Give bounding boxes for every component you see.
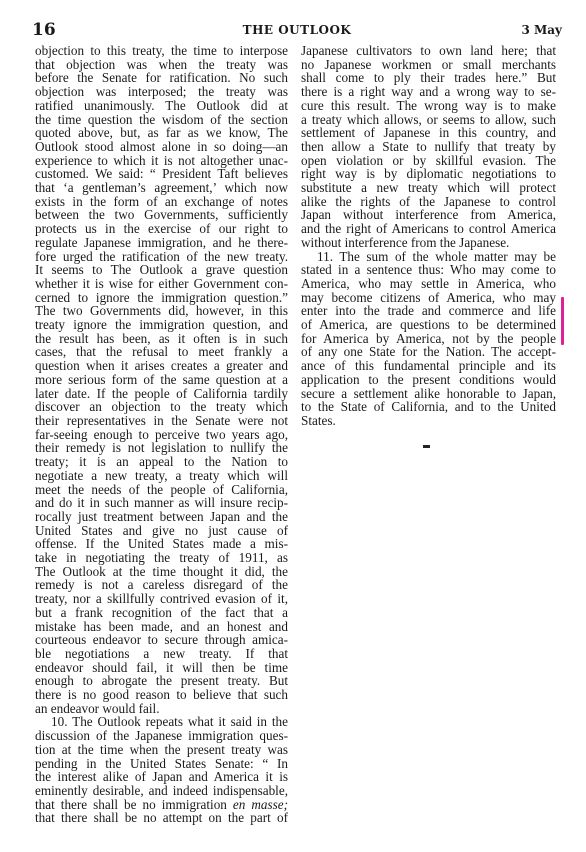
document-page: 16 THE OUTLOOK 3 May objection to this t… — [0, 0, 586, 852]
text-line: objection to this treaty, the time to in… — [35, 44, 288, 58]
text-line: settlement of Japanese in this country, … — [301, 126, 556, 140]
text-line: cerned to ignore the immigration questio… — [35, 291, 288, 305]
text-line: America, who may settle in America, who — [301, 277, 556, 291]
text-line: and the right of Americans to control Am… — [301, 222, 556, 236]
text-line: the result has been, as it often is in s… — [35, 332, 288, 346]
right-column: Japanese cultivators to own land here; t… — [301, 44, 556, 428]
margin-highlight-mark — [561, 297, 564, 345]
text-line: there is a right way and a wrong way to … — [301, 85, 556, 99]
text-line: enter into the trade and commerce and li… — [301, 304, 556, 318]
text-line: United States and give no just cause of — [35, 524, 288, 538]
text-line: that there shall be no attempt on the pa… — [35, 811, 288, 825]
text-line: discussion of the Japanese immigration q… — [35, 729, 288, 743]
text-line: for America by America, not by the peopl… — [301, 332, 556, 346]
text-line: regulate Japanese immigration, and he th… — [35, 236, 288, 250]
text-line: secure a settlement alike honorable to J… — [301, 387, 556, 401]
text-line: without interference from the Japanese. — [301, 236, 556, 250]
text-line: alike the rights of the Japanese to cont… — [301, 195, 556, 209]
text-line: the time question the wisdom of the sect… — [35, 113, 288, 127]
text-line: States. — [301, 414, 556, 428]
text-line: ble negotiations a new treaty. If that — [35, 647, 288, 661]
text-line: whether it is wise for either Government… — [35, 277, 288, 291]
text-line: The two Governments did, however, in thi… — [35, 304, 288, 318]
text-line: application to the present conditions wo… — [301, 373, 556, 387]
text-line: before the Senate for ratification. No s… — [35, 71, 288, 85]
text-line: mistake has been made, and an honest and — [35, 620, 288, 634]
text-line: that objection was when the treaty was — [35, 58, 288, 72]
text-line: rocally just treatment between Japan and… — [35, 510, 288, 524]
text-line: take in negotiating the treaty of 1911, … — [35, 551, 288, 565]
text-line: discover an objection to the treaty whic… — [35, 400, 288, 414]
text-line: tion at the time when the present treaty… — [35, 743, 288, 757]
text-line: meet the needs of the people of Californ… — [35, 483, 288, 497]
text-line: open violation or by skillful evasion. T… — [301, 154, 556, 168]
text-line: enough to abrogate the present treaty. B… — [35, 674, 288, 688]
text-line: cure this result. The wrong way is to ma… — [301, 99, 556, 113]
left-column: objection to this treaty, the time to in… — [35, 44, 288, 825]
text-line: protects us in the exercise of our right… — [35, 222, 288, 236]
text-line: question when it arises creates a greate… — [35, 359, 288, 373]
text-line: treaty ignore the immigration question, … — [35, 318, 288, 332]
text-line: quoted above, but, as far as we know, Th… — [35, 126, 288, 140]
text-line: 11. The sum of the whole matter may be — [301, 250, 556, 264]
section-end-dash — [423, 445, 430, 448]
text-line: no Japanese workmen or small merchants — [301, 58, 556, 72]
text-line: right way is by diplomatic negotiations … — [301, 167, 556, 181]
text-line: cases, that the refusal to meet frankly … — [35, 345, 288, 359]
text-line: objection was interposed; the treaty was — [35, 85, 288, 99]
text-line: of America, are questions to be determin… — [301, 318, 556, 332]
text-line: customed. We said: “ President Taft beli… — [35, 167, 288, 181]
text-line: courteous endeavor to secure through ami… — [35, 633, 288, 647]
text-line: 10. The Outlook repeats what it said in … — [35, 715, 288, 729]
text-line: offense. If the United States made a mis… — [35, 537, 288, 551]
publication-title: THE OUTLOOK — [32, 23, 562, 37]
text-line: fore urged the ratification of the new t… — [35, 250, 288, 264]
text-line: substitute a new treaty which will prote… — [301, 181, 556, 195]
text-line: experience to which it is not altogether… — [35, 154, 288, 168]
text-line: treaty, nor a skillfully contrived evasi… — [35, 592, 288, 606]
text-line: may become citizens of America, who may — [301, 291, 556, 305]
text-line: Japan without interference from America, — [301, 208, 556, 222]
text-line: between the two Governments, sufficientl… — [35, 208, 288, 222]
text-line: later date. If the people of California … — [35, 387, 288, 401]
text-line: exists in the form of an exchange of not… — [35, 195, 288, 209]
text-line: The Outlook at the time thought it did, … — [35, 565, 288, 579]
text-line: then allow a State to nullify that treat… — [301, 140, 556, 154]
text-line: there is no good reason to believe that … — [35, 688, 288, 702]
text-line: the interest alike of Japan and America … — [35, 770, 288, 784]
text-line: treaty; it is an appeal to the Nation to — [35, 455, 288, 469]
text-line: ratified unanimously. The Outlook did at — [35, 99, 288, 113]
text-line: eminently desirable, and indeed indispen… — [35, 784, 288, 798]
issue-date: 3 May — [521, 23, 562, 37]
text-line: a treaty which allows, or seems to allow… — [301, 113, 556, 127]
text-line: that there shall be no immigration en ma… — [35, 798, 288, 812]
page-header: 16 THE OUTLOOK 3 May — [32, 20, 562, 40]
text-line: of any one State for the Nation. The acc… — [301, 345, 556, 359]
text-line: more serious form of the same question a… — [35, 373, 288, 387]
text-line: but a frank recognition of the fact that… — [35, 606, 288, 620]
text-line: pending in the United States Senate: “ I… — [35, 757, 288, 771]
text-line: Japanese cultivators to own land here; t… — [301, 44, 556, 58]
text-line: shall come to ply their trades here.” Bu… — [301, 71, 556, 85]
text-line: far-seeing enough to perceive two years … — [35, 428, 288, 442]
text-line: ance of this fundamental principle and i… — [301, 359, 556, 373]
text-line: and do it in such manner as will insure … — [35, 496, 288, 510]
text-line: to the State of California, and to the U… — [301, 400, 556, 414]
text-line: Outlook stood almost alone in so doing—a… — [35, 140, 288, 154]
text-line: remedy is not a careless disregard of th… — [35, 578, 288, 592]
text-line: their representatives in the Senate were… — [35, 414, 288, 428]
text-line: stated in a sentence thus: Who may come … — [301, 263, 556, 277]
text-line: that ‘a gentleman’s agreement,’ which no… — [35, 181, 288, 195]
text-line: an endeavor would fail. — [35, 702, 288, 716]
text-line: It seems to The Outlook a grave question — [35, 263, 288, 277]
text-line: their remedy is not legislation to nulli… — [35, 441, 288, 455]
text-line: endeavor should fail, it will then be ti… — [35, 661, 288, 675]
text-line: negotiate a new treaty, a treaty which w… — [35, 469, 288, 483]
